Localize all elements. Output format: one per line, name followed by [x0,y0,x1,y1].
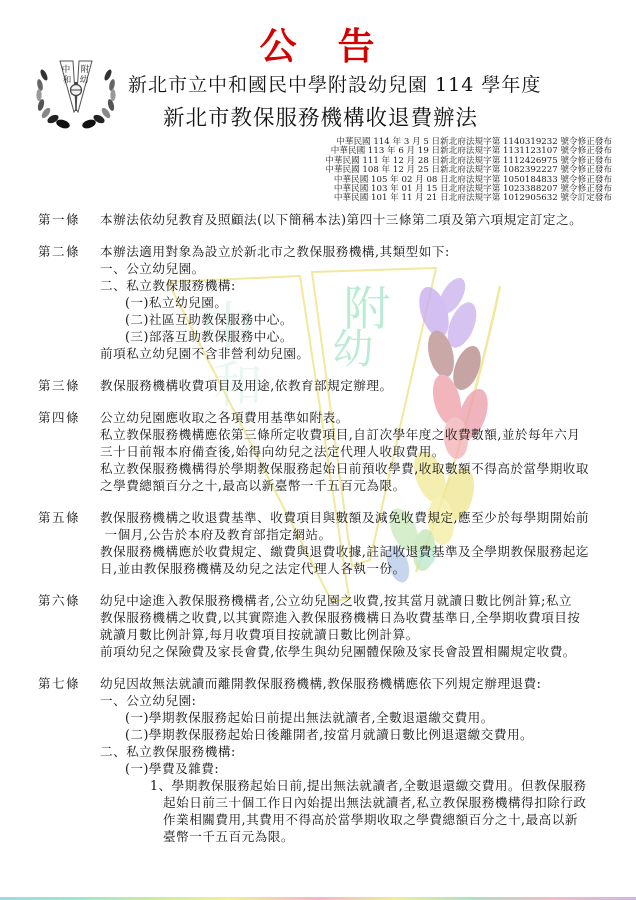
article-line: 臺幣一千五百元為限。 [100,828,613,845]
svg-text:中: 中 [62,64,71,75]
article-line: 幼兒中途進入教保服務機構者,公立幼兒園之收費,按其當月就讀日數比例計算;私立 [100,592,613,609]
article-1: 第一條 本辦法依幼兒教育及照顧法(以下簡稱本法)第四十三條第二項及第六項規定訂定… [38,211,613,228]
svg-text:附: 附 [81,64,90,75]
article-line: 私立教保服務機構得於學期教保服務起始日前預收學費,收取數額不得高於當學期收取 [100,460,613,477]
article-content: 本辦法適用對象為設立於新北市之教保服務機構,其類型如下: 一、公立幼兒園。 二、… [100,243,613,362]
article-line: (三)部落互助教保服務中心。 [100,328,613,345]
article-label: 第五條 [38,509,100,577]
article-line: (一)學費及雜費: [100,760,613,777]
article-line: 教保服務機構之收費,以其實際進入教保服務機構日為收費基準日,全學期收費項目按 [100,609,613,626]
article-line: (一)學期教保服務起始日前提出無法就讀者,全數退還繳交費用。 [100,709,613,726]
article-label: 第四條 [38,409,100,494]
article-line: 1、學期教保服務起始日前,提出無法就讀者,全數退還繳交費用。但教保服務 [100,777,613,794]
article-content: 本辦法依幼兒教育及照顧法(以下簡稱本法)第四十三條第二項及第六項規定訂定之。 [100,211,613,228]
article-5: 第五條 教保服務機構之收退費基準、收費項目與數額及減免收費規定,應至少於每學期開… [38,509,613,577]
announcement-page: 中 和 附 幼 公 告 [0,0,636,900]
article-7: 第七條 幼兒因故無法就讀而離開教保服務機構,教保服務機構應依下列規定辦理退費: … [38,675,613,845]
article-content: 公立幼兒園應收取之各項費用基準如附表。 私立教保服務機構應依第三條所定收費項目,… [100,409,613,494]
article-line: 教保服務機構之收退費基準、收費項目與數額及減免收費規定,應至少於每學期開始前 [100,509,613,526]
article-line: 一、公立幼兒園。 [100,260,613,277]
school-year-title: 新北市立中和國民中學附設幼兒園 114 學年度 [128,70,541,97]
article-line: 前項幼兒之保險費及家長會費,依學生與幼兒團體保險及家長會設置相關規定收費。 [100,643,613,660]
article-line: (二)學期教保服務起始日後離開者,按當月就讀日數比例退還繳交費用。 [100,726,613,743]
article-label: 第六條 [38,592,100,660]
article-content: 教保服務機構之收退費基準、收費項目與數額及減免收費規定,應至少於每學期開始前 一… [100,509,613,577]
amendment-history: 中華民國 114 年 3 月 5 日新北府法規字第 1140319232 號令修… [325,138,612,204]
history-line: 中華民國 101 年 11 月 21 日北府法規字第 1012905632 號令… [325,194,612,203]
article-content: 教保服務機構收費項目及用途,依教育部規定辦理。 [100,377,613,394]
article-line: 幼兒因故無法就讀而離開教保服務機構,教保服務機構應依下列規定辦理退費: [100,675,613,692]
article-line: (一)私立幼兒園。 [100,294,613,311]
svg-text:和: 和 [63,75,72,86]
article-line: 私立教保服務機構應依第三條所定收費項目,自訂次學年度之收費數額,並於每年六月 [100,426,613,443]
article-line: 一個月,公告於本府及教育部指定網站。 [100,526,613,543]
svg-text:幼: 幼 [80,75,89,86]
article-line: 教保服務機構收費項目及用途,依教育部規定辦理。 [100,377,613,394]
article-line: 二、私立教保服務機構: [100,277,613,294]
article-line: (二)社區互助教保服務中心。 [100,311,613,328]
article-label: 第二條 [38,243,100,362]
school-emblem: 中 和 附 幼 [31,55,121,135]
articles-body: 第一條 本辦法依幼兒教育及照顧法(以下簡稱本法)第四十三條第二項及第六項規定訂定… [38,211,613,860]
article-line: 本辦法依幼兒教育及照顧法(以下簡稱本法)第四十三條第二項及第六項規定訂定之。 [100,211,613,228]
article-3: 第三條 教保服務機構收費項目及用途,依教育部規定辦理。 [38,377,613,394]
article-line: 日,並由教保服務機構及幼兒之法定代理人各執一份。 [100,560,613,577]
article-content: 幼兒因故無法就讀而離開教保服務機構,教保服務機構應依下列規定辦理退費: 一、公立… [100,675,613,845]
article-line: 一、公立幼兒園: [100,692,613,709]
article-4: 第四條 公立幼兒園應收取之各項費用基準如附表。 私立教保服務機構應依第三條所定收… [38,409,613,494]
article-label: 第三條 [38,377,100,394]
regulation-title: 新北市教保服務機構收退費辦法 [163,101,478,132]
article-line: 三十日前報本府備查後,始得向幼兒之法定代理人收取費用。 [100,443,613,460]
article-line: 二、私立教保服務機構: [100,743,613,760]
article-label: 第一條 [38,211,100,228]
article-line: 起始日前三十個工作日內始提出無法就讀者,私立教保服務機構得扣除行政 [100,794,613,811]
article-label: 第七條 [38,675,100,845]
article-line: 前項私立幼兒園不含非營利幼兒園。 [100,345,613,362]
article-line: 作業相關費用,其費用不得高於當學期收取之學費總額百分之十,最高以新 [100,811,613,828]
article-6: 第六條 幼兒中途進入教保服務機構者,公立幼兒園之收費,按其當月就讀日數比例計算;… [38,592,613,660]
article-line: 本辦法適用對象為設立於新北市之教保服務機構,其類型如下: [100,243,613,260]
article-line: 就讀月數比例計算,每月收費項目按就讀日數比例計算。 [100,626,613,643]
article-line: 公立幼兒園應收取之各項費用基準如附表。 [100,409,613,426]
article-line: 之學費總額百分之十,最高以新臺幣一千五百元為限。 [100,477,613,494]
article-2: 第二條 本辦法適用對象為設立於新北市之教保服務機構,其類型如下: 一、公立幼兒園… [38,243,613,362]
article-content: 幼兒中途進入教保服務機構者,公立幼兒園之收費,按其當月就讀日數比例計算;私立 教… [100,592,613,660]
article-line: 教保服務機構應於收費規定、繳費與退費收據,註記收退費基準及全學期教保服務起迄 [100,543,613,560]
